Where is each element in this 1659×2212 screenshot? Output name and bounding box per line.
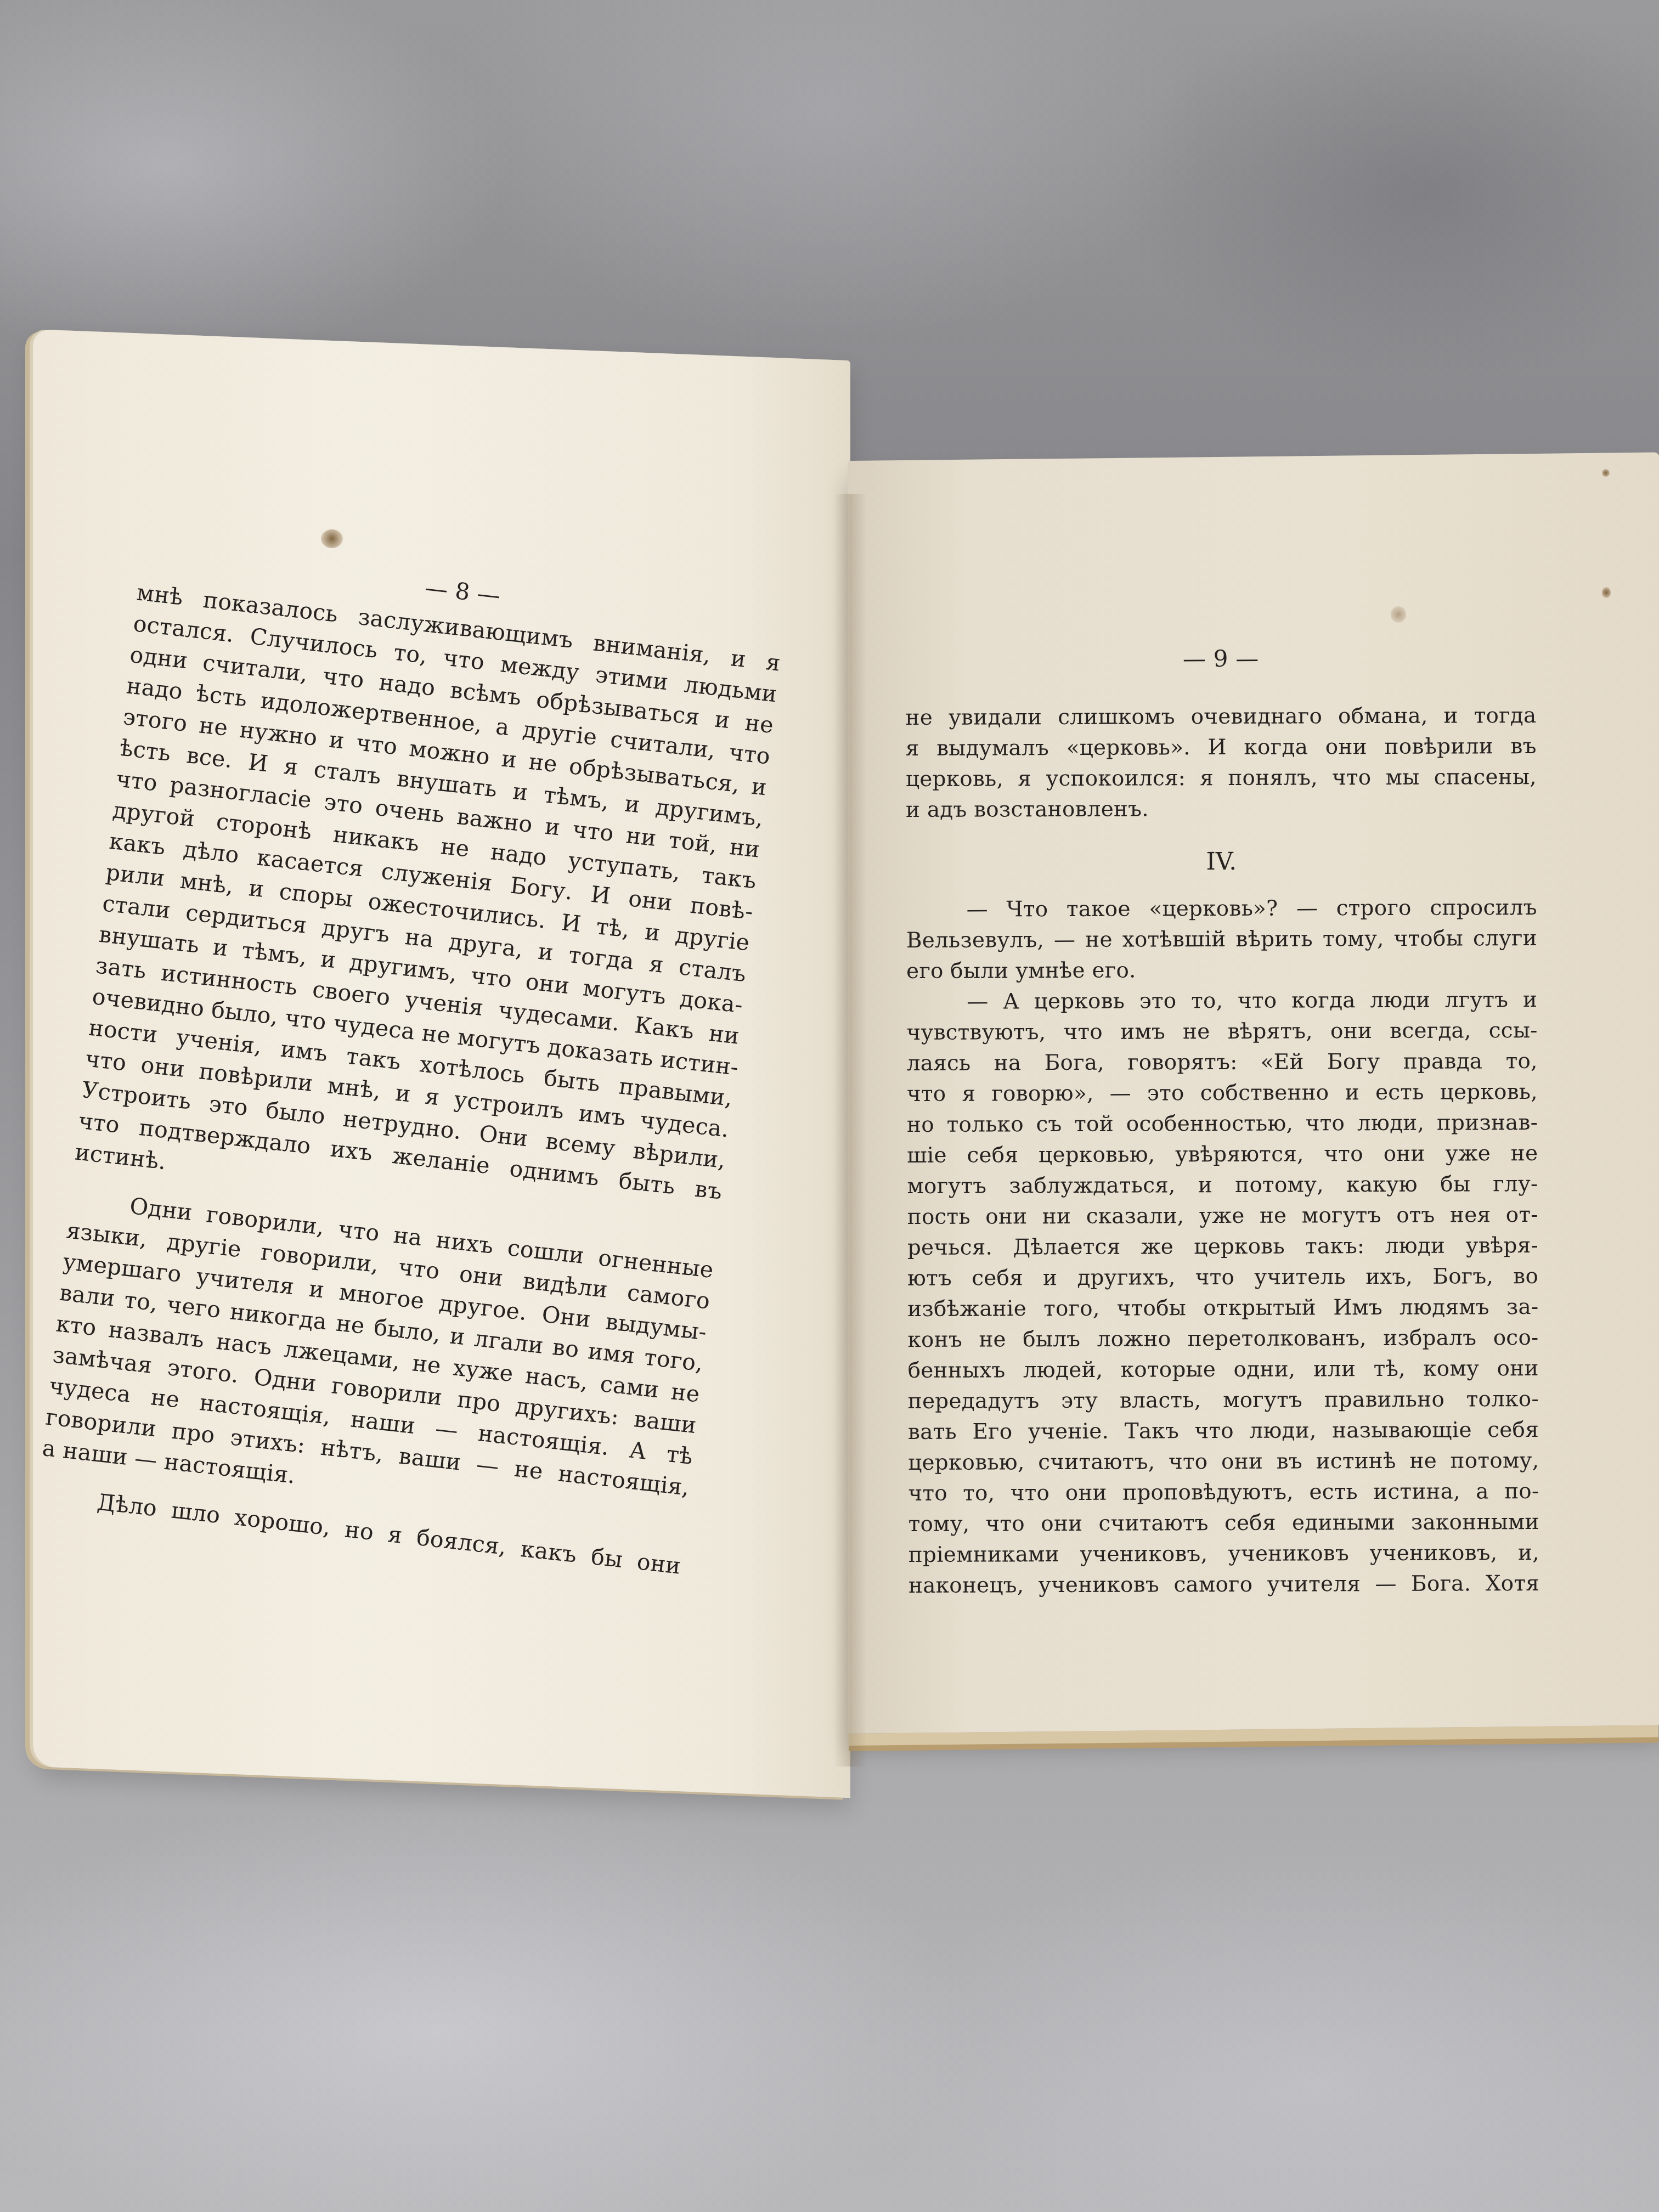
text-line: пріемниками учениковъ, учениковъ ученико… [909, 1538, 1539, 1571]
text-line: пость они ни сказали, уже не могутъ отъ … [907, 1200, 1538, 1233]
foxing-stain [1602, 469, 1610, 477]
text-line: ютъ себя и другихъ, что учитель ихъ, Бог… [907, 1261, 1538, 1294]
text-line: его были умнѣе его. [906, 954, 1537, 987]
foxing-stain [1391, 606, 1406, 623]
right-page-text: — 9 — не увидали слишкомъ очевиднаго обм… [905, 642, 1539, 1601]
book-gutter [834, 494, 867, 1767]
text-line: церковью, считаютъ, что они въ истинѣ не… [908, 1446, 1539, 1479]
text-line: вать Его ученіе. Такъ что люди, называющ… [908, 1415, 1539, 1448]
text-line: избѣжаніе того, чтобы открытый Имъ людям… [907, 1292, 1538, 1325]
text-line: не увидали слишкомъ очевиднаго обмана, и… [905, 701, 1536, 733]
right-paragraph-2: — Что такое «церковь»? — строго спросилъ… [906, 893, 1538, 987]
text-line: наконецъ, учениковъ самого учителя — Бог… [909, 1568, 1539, 1601]
text-line: бенныхъ людей, которые одни, или тѣ, ком… [908, 1353, 1539, 1386]
text-line: передадутъ эту власть, могутъ правильно … [908, 1384, 1539, 1417]
text-line: лаясь на Бога, говорятъ: «Ей Богу правда… [907, 1046, 1538, 1079]
foxing-stain [321, 529, 343, 548]
text-line: чувствуютъ, что имъ не вѣрятъ, они всегд… [906, 1015, 1537, 1048]
text-line: — А церковь это то, что когда люди лгутъ… [906, 985, 1537, 1018]
chapter-heading: IV. [906, 845, 1537, 878]
right-paragraph-3: — А церковь это то, что когда люди лгутъ… [906, 985, 1539, 1601]
left-page-text: — 8 — мнѣ показалось заслуживающимъ вним… [36, 540, 786, 1582]
text-line: что я говорю», — это собственно и есть ц… [907, 1077, 1538, 1110]
left-paragraph-1: мнѣ показалось заслуживающимъ вниманія, … [74, 577, 782, 1239]
foxing-stain [1602, 587, 1611, 598]
text-line: речься. Дѣлается же церковь такъ: люди у… [907, 1231, 1538, 1263]
text-line: могутъ заблуждаться, и потому, какую бы … [907, 1169, 1538, 1202]
text-line: что то, что они проповѣдуютъ, есть истин… [908, 1476, 1539, 1509]
text-line: Вельзевулъ, — не хотѣвшій вѣрить тому, ч… [906, 923, 1537, 956]
text-line: и адъ возстановленъ. [906, 793, 1537, 826]
page-number-9: — 9 — [905, 642, 1536, 675]
text-line: конъ не былъ ложно перетолкованъ, избрал… [907, 1323, 1538, 1356]
text-line: шіе себя церковью, увѣряются, что они уж… [907, 1138, 1538, 1171]
right-paragraph-1: не увидали слишкомъ очевиднаго обмана, и… [905, 701, 1537, 826]
open-book: — 8 — мнѣ показалось заслуживающимъ вним… [0, 0, 1659, 2212]
text-line: но только съ той особенностью, что люди,… [907, 1108, 1538, 1141]
text-line: тому, что они считаютъ себя едиными зако… [909, 1507, 1539, 1540]
text-line: — Что такое «церковь»? — строго спросилъ [906, 893, 1537, 926]
text-line: я выдумалъ «церковь». И когда они повѣри… [906, 731, 1537, 764]
text-line: церковь, я успокоился: я понялъ, что мы … [906, 762, 1537, 795]
